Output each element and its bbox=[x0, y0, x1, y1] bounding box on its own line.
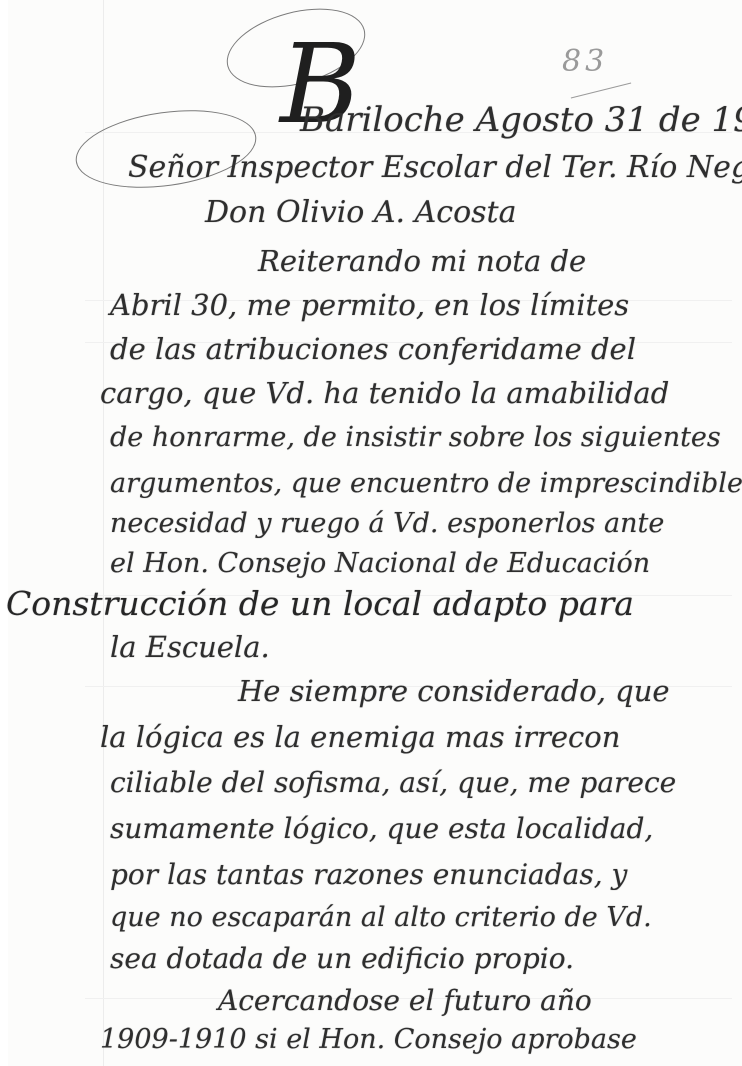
body-line: el Hon. Consejo Nacional de Educación bbox=[110, 548, 650, 579]
body-line: la Escuela. bbox=[110, 630, 270, 664]
addressee-line-2: Don Olivio A. Acosta bbox=[205, 195, 517, 230]
place-date: Bariloche Agosto 31 de 1909 bbox=[300, 100, 742, 140]
body-line: sea dotada de un edificio propio. bbox=[110, 942, 574, 975]
body-line: de honrarme, de insistir sobre los sigui… bbox=[110, 422, 721, 453]
body-line: argumentos, que encuentro de imprescindi… bbox=[110, 468, 742, 499]
body-line: ciliable del sofisma, así, que, me parec… bbox=[110, 766, 676, 799]
folio-number: 83 bbox=[562, 44, 608, 79]
body-line: por las tantas razones enunciadas, y bbox=[110, 858, 627, 891]
body-line: que no escaparán al alto criterio de Vd. bbox=[110, 902, 652, 933]
body-line: necesidad y ruego á Vd. esponerlos ante bbox=[110, 508, 664, 539]
addressee-line-1: Señor Inspector Escolar del Ter. Río Neg… bbox=[128, 150, 742, 185]
body-line: de las atribuciones conferidame del bbox=[110, 332, 636, 366]
body-line: la lógica es la enemiga mas irrecon bbox=[100, 720, 620, 754]
body-line: 1909-1910 si el Hon. Consejo aprobase bbox=[100, 1024, 637, 1055]
body-line: Reiterando mi nota de bbox=[258, 244, 586, 278]
page-edge bbox=[0, 0, 8, 1066]
folio-underline bbox=[571, 83, 631, 99]
section-heading: Construcción de un local adapto para bbox=[6, 584, 634, 623]
letter-page: 83 B Bariloche Agosto 31 de 1909 Señor I… bbox=[0, 0, 742, 1066]
body-line: Acercandose el futuro año bbox=[218, 984, 592, 1017]
body-line: sumamente lógico, que esta localidad, bbox=[110, 812, 653, 845]
body-line: cargo, que Vd. ha tenido la amabilidad bbox=[100, 376, 669, 410]
body-line: Abril 30, me permito, en los límites bbox=[110, 288, 629, 322]
body-line: He siempre considerado, que bbox=[238, 674, 670, 708]
